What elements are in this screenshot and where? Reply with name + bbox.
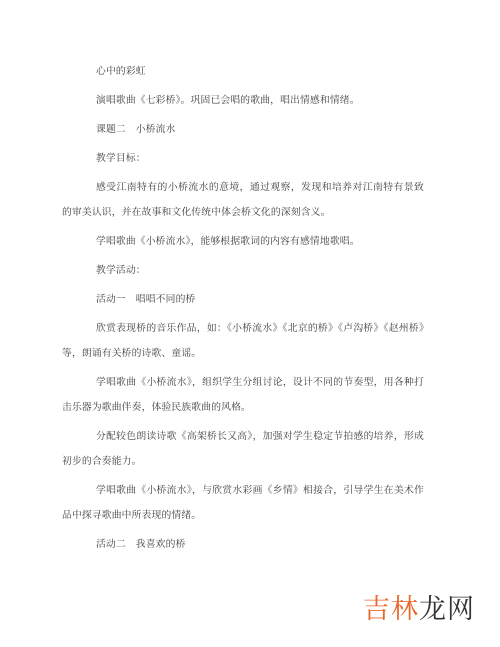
watermark-brand-highlight: 吉林 bbox=[363, 594, 419, 624]
paragraph: 学唱歌曲《小桥流水》，组织学生分组讨论，设计不同的节奏型，用各种打击乐器为歌曲伴… bbox=[62, 370, 424, 420]
unit-title: 心中的彩虹 bbox=[62, 59, 424, 84]
document-body: 心中的彩虹 演唱歌曲《七彩桥》。巩固已会唱的歌曲，唱出情感和情绪。 课题二 小桥… bbox=[62, 59, 424, 561]
site-watermark: 吉林龙网 bbox=[363, 592, 475, 626]
paragraph: 欣赏表现桥的音乐作品，如：《小桥流水》《北京的桥》《卢沟桥》《赵州桥》等，朗诵有… bbox=[62, 316, 424, 366]
paragraph: 学唱歌曲《小桥流水》，与欣赏水彩画《乡情》相接合，引导学生在美术作品中探寻歌曲中… bbox=[62, 478, 424, 528]
paragraph: 学唱歌曲《小桥流水》，能够根据歌词的内容有感情地歌唱。 bbox=[62, 229, 424, 254]
document-page: 心中的彩虹 演唱歌曲《七彩桥》。巩固已会唱的歌曲，唱出情感和情绪。 课题二 小桥… bbox=[0, 0, 500, 647]
activity-heading-1: 活动一 唱唱不同的桥 bbox=[62, 287, 424, 312]
section-heading-activities: 教学活动： bbox=[62, 258, 424, 283]
paragraph: 演唱歌曲《七彩桥》。巩固已会唱的歌曲，唱出情感和情绪。 bbox=[62, 88, 424, 113]
watermark-brand-plain: 龙网 bbox=[419, 594, 475, 624]
paragraph: 感受江南特有的小桥流水的意境，通过观察，发现和培养对江南特有景致的审美认识，并在… bbox=[62, 175, 424, 225]
activity-heading-2: 活动二 我喜欢的桥 bbox=[62, 532, 424, 557]
section-heading-objectives: 教学目标： bbox=[62, 146, 424, 171]
paragraph: 分配较色朗读诗歌《高架桥长又高》，加强对学生稳定节拍感的培养，形成初步的合奏能力… bbox=[62, 424, 424, 474]
lesson-title: 课题二 小桥流水 bbox=[62, 117, 424, 142]
